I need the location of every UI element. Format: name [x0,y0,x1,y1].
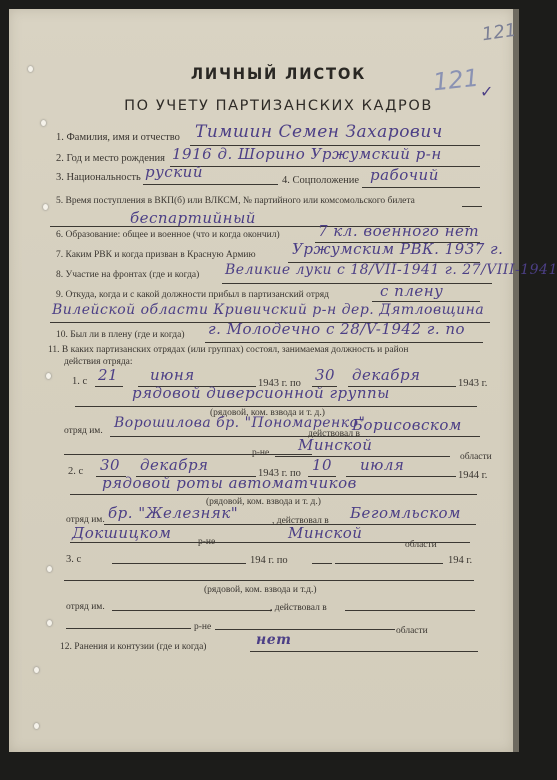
service-1-district-line [64,454,312,455]
service-1-to-month: декабря [352,366,420,384]
service-1-from-day: 21 [98,366,118,384]
field-10-value: г. Молодечно с 28/V-1942 г. по [208,320,465,338]
service-2-to-month-line [346,476,456,477]
service-3-to-month-line [335,563,443,564]
service-2-to-month: июля [360,456,404,474]
service-2-oblast-label: области [405,540,437,550]
service-3-raion-label: р-не [194,622,211,632]
field-4-label: 4. Соцположение [282,175,359,186]
service-2-district-2: Докшицком [72,524,171,542]
service-3-district-line [345,610,475,611]
service-3-num: 3. с [66,554,81,565]
service-3-position-caption: (рядовой, ком. взвода и т.д.) [204,585,317,595]
service-1-oblast-label: области [460,452,492,462]
document-subtitle: ПО УЧЕТУ ПАРТИЗАНСКИХ КАДРОВ [0,98,557,114]
field-6-value: 7 кл. военного нет [318,222,479,240]
field-3-label: 3. Национальность [56,172,141,183]
field-12-label: 12. Ранения и контузии (где и когда) [60,642,206,652]
service-2-from-day: 30 [100,456,120,474]
field-9-label: 9. Откуда, когда и с какой должности при… [56,290,329,300]
service-2-from-month: декабря [140,456,208,474]
service-1-oblast: Минской [298,436,372,454]
binder-hole [43,204,48,210]
field-1-label: 1. Фамилия, имя и отчество [56,132,180,143]
service-2-to-day: 10 [312,456,332,474]
binder-hole [34,723,39,729]
service-1-raion-label: р-не [252,448,269,458]
service-2-to-year: 1944 г. [458,470,487,481]
service-3-from-year: 194 г. по [250,555,288,566]
service-3-raion-line [66,628,191,629]
field-4-value: рабочий [370,166,439,184]
field-6-label: 6. Образование: общее и военное (что и к… [56,230,280,240]
field-2-value: 1916 д. Шорино Уржумский р-н [172,145,442,163]
field-12-value: нет [256,632,291,648]
document-title: ЛИЧНЫЙ ЛИСТОК [22,64,534,83]
field-11-label: 11. В каких партизанских отрядах (или гр… [48,345,409,355]
service-2-num: 2. с [68,466,83,477]
binder-hole [47,566,52,572]
service-3-oblast-label: области [396,626,428,636]
service-1-unit-line [110,436,480,437]
binder-hole [47,620,52,626]
field-9-value-line2: Вилейской области Кривичский р-н дер. Дя… [52,302,484,318]
service-3-acted-label: , действовал в [270,603,327,613]
service-3-position-line [64,580,474,581]
binder-hole [34,667,39,673]
service-3-oblast-line [215,629,395,630]
field-4-underline [362,187,480,188]
service-2-raion-label: р-не [198,537,215,547]
binder-hole [46,373,51,379]
field-7-value: Уржумским РВК. 1937 г. [292,240,503,258]
service-3-from-month-line [128,563,246,564]
service-3-to-year: 194 г. [448,555,472,566]
field-3-value: руский [145,163,203,181]
field-8-underline [222,283,492,284]
binder-hole [41,120,46,126]
service-3-to-day-line [312,563,332,564]
service-1-from-day-line [95,386,123,387]
field-7-label: 7. Каким РВК и когда призван в Красную А… [56,250,256,260]
service-1-district: Борисовском [352,416,462,434]
service-2-position-line [70,494,477,495]
field-10-underline [205,342,483,343]
service-1-position: рядовой диверсионной группы [132,384,390,402]
service-2-unit: бр. "Железняк" [108,504,238,522]
service-3-unit-line [112,610,272,611]
field-8-value: Великие луки с 18/VII-1941 г. 27/VIII-19… [225,262,557,278]
service-1-from-month: июня [150,366,195,384]
service-2-oblast: Минской [288,524,362,542]
service-1-to-day: 30 [315,366,335,384]
field-3-underline [143,184,278,185]
field-12-underline [250,651,478,652]
field-5-value: беспартийный [130,209,256,227]
field-1-value: Тимшин Семен Захарович [195,122,443,142]
service-1-position-line [75,406,477,407]
service-1-num: 1. с [72,376,87,387]
service-2-position: рядовой роты автоматчиков [102,474,357,492]
field-5-underline-short [462,206,482,207]
field-9-value: с плену [380,282,443,300]
field-5-label: 5. Время поступления в ВКП(б) или ВЛКСМ,… [56,196,415,206]
service-2-district: Бегомльском [350,504,461,522]
service-3-unit-label: отряд им. [66,602,105,612]
service-1-to-year: 1943 г. [458,378,487,389]
page-edge-shadow [513,9,519,752]
field-10-label: 10. Был ли в плену (где и когда) [56,330,185,340]
field-8-label: 8. Участие на фронтах (где и когда) [56,270,199,280]
service-1-unit-label: отряд им. [64,426,103,436]
